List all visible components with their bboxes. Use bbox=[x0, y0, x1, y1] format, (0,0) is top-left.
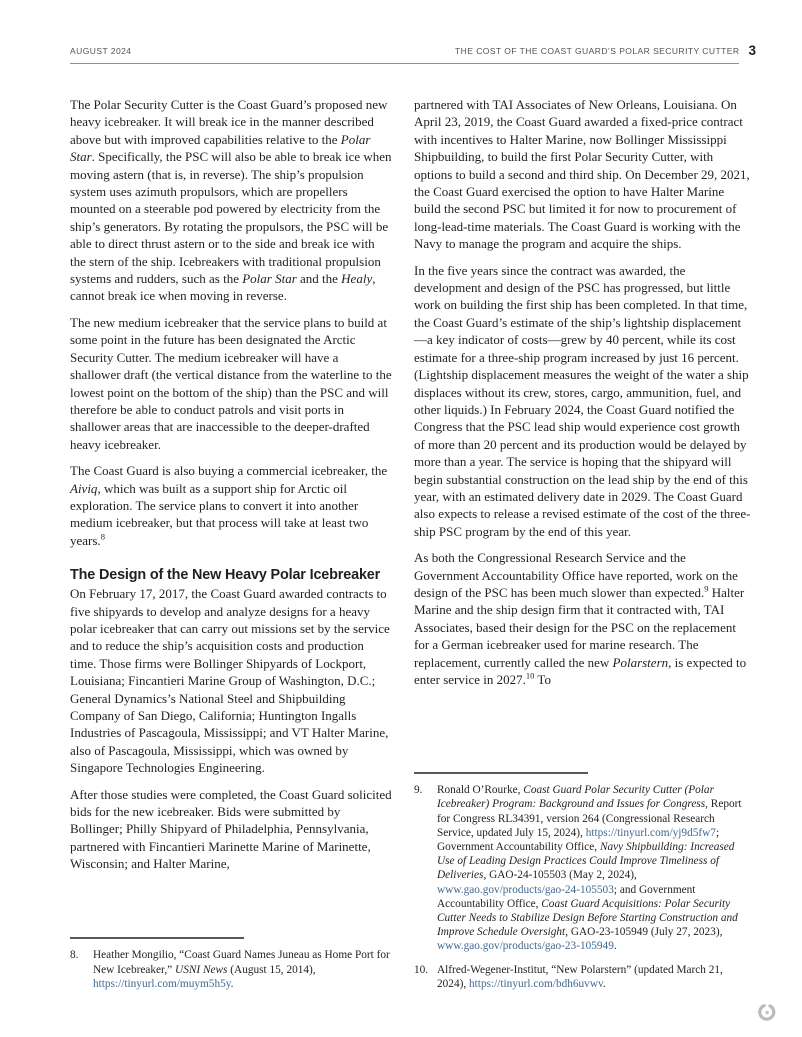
body-paragraph: After those studies were completed, the … bbox=[70, 786, 392, 873]
hyperlink[interactable]: www.gao.gov/products/gao-24-105503 bbox=[437, 884, 614, 896]
text-run: To bbox=[534, 672, 551, 687]
footnote-text: Ronald O’Rourke, Coast Guard Polar Secur… bbox=[437, 783, 754, 953]
text-run: (August 15, 2014), bbox=[227, 964, 315, 976]
footnote: 9. Ronald O’Rourke, Coast Guard Polar Se… bbox=[414, 783, 754, 953]
page-header: AUGUST 2024 THE COST OF THE COAST GUARD’… bbox=[70, 46, 756, 64]
body-paragraph: As both the Congressional Research Servi… bbox=[414, 549, 754, 688]
footnote-number: 8. bbox=[70, 948, 93, 991]
text-run: The new medium icebreaker that the servi… bbox=[70, 315, 392, 452]
footnotes-right: 9. Ronald O’Rourke, Coast Guard Polar Se… bbox=[414, 772, 754, 1000]
footnote-separator bbox=[414, 772, 588, 774]
text-run: The Polar Security Cutter is the Coast G… bbox=[70, 97, 387, 147]
body-paragraph: The Coast Guard is also buying a commerc… bbox=[70, 462, 392, 549]
text-run: and the bbox=[297, 271, 341, 286]
body-paragraph: In the five years since the contract was… bbox=[414, 262, 754, 541]
italic-text: Polar Star bbox=[242, 271, 297, 286]
footnote-text: Heather Mongilio, “Coast Guard Names Jun… bbox=[93, 948, 392, 991]
text-run: . Specifically, the PSC will also be abl… bbox=[70, 149, 392, 286]
italic-text: Healy bbox=[341, 271, 372, 286]
footnote-separator bbox=[70, 937, 244, 939]
hyperlink[interactable]: https://tinyurl.com/bdh6uvwv bbox=[469, 978, 603, 990]
header-date: AUGUST 2024 bbox=[70, 46, 132, 56]
page-number: 3 bbox=[748, 43, 756, 58]
header-rule-row: AUGUST 2024 THE COST OF THE COAST GUARD’… bbox=[70, 46, 739, 64]
circular-arrow-icon bbox=[758, 1003, 776, 1021]
text-run: . bbox=[231, 978, 234, 990]
document-page: AUGUST 2024 THE COST OF THE COAST GUARD’… bbox=[0, 0, 802, 1037]
running-title: THE COST OF THE COAST GUARD’S POLAR SECU… bbox=[455, 46, 739, 56]
body-paragraph: The new medium icebreaker that the servi… bbox=[70, 314, 392, 453]
body-paragraph: The Polar Security Cutter is the Coast G… bbox=[70, 96, 392, 305]
text-run: On February 17, 2017, the Coast Guard aw… bbox=[70, 586, 390, 775]
right-column: partnered with TAI Associates of New Orl… bbox=[414, 96, 754, 1000]
body-paragraph: partnered with TAI Associates of New Orl… bbox=[414, 96, 754, 253]
footnote: 8. Heather Mongilio, “Coast Guard Names … bbox=[70, 948, 392, 991]
footnote-text: Alfred-Wegener-Institut, “New Polarstern… bbox=[437, 963, 754, 991]
two-column-body: The Polar Security Cutter is the Coast G… bbox=[70, 96, 756, 1000]
italic-text: Aiviq bbox=[70, 481, 97, 496]
footnote-reference[interactable]: 8 bbox=[101, 531, 105, 541]
footnote-number: 9. bbox=[414, 783, 437, 953]
italic-text: USNI News bbox=[175, 964, 227, 976]
footnote: 10. Alfred-Wegener-Institut, “New Polars… bbox=[414, 963, 754, 991]
body-paragraph: On February 17, 2017, the Coast Guard aw… bbox=[70, 585, 392, 776]
text-run: As both the Congressional Research Servi… bbox=[414, 550, 738, 600]
text-run: In the five years since the contract was… bbox=[414, 263, 750, 539]
text-run: , GAO-24-105503 (May 2, 2024), bbox=[483, 869, 636, 881]
hyperlink[interactable]: www.gao.gov/products/gao-23-105949 bbox=[437, 940, 614, 952]
footnote-number: 10. bbox=[414, 963, 437, 991]
text-run: . bbox=[603, 978, 606, 990]
text-run: , GAO-23-105949 (July 27, 2023), bbox=[565, 926, 722, 938]
hyperlink[interactable]: https://tinyurl.com/yj9d5fw7 bbox=[586, 827, 716, 839]
text-run: Ronald O’Rourke, bbox=[437, 784, 523, 796]
text-run: . bbox=[614, 940, 617, 952]
italic-text: Polarstern bbox=[613, 655, 669, 670]
text-run: The Coast Guard is also buying a commerc… bbox=[70, 463, 387, 478]
text-run: , which was built as a support ship for … bbox=[70, 481, 368, 548]
left-column: The Polar Security Cutter is the Coast G… bbox=[70, 96, 392, 1000]
hyperlink[interactable]: https://tinyurl.com/muym5h5y bbox=[93, 978, 231, 990]
text-run: After those studies were completed, the … bbox=[70, 787, 392, 872]
footnotes-left: 8. Heather Mongilio, “Coast Guard Names … bbox=[70, 937, 392, 1000]
section-heading: The Design of the New Heavy Polar Icebre… bbox=[70, 566, 392, 584]
text-run: partnered with TAI Associates of New Orl… bbox=[414, 97, 750, 251]
